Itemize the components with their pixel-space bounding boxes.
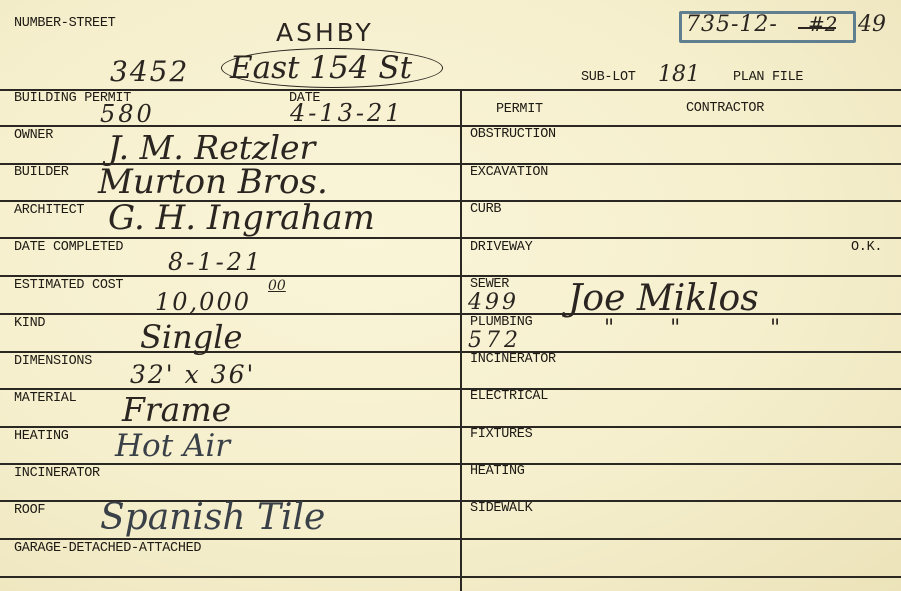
permit-obstruction: OBSTRUCTION [470, 127, 556, 143]
plumbing-contractor: " " [604, 316, 680, 341]
permit-column-header: PERMIT [496, 102, 543, 118]
building-permit-card: NUMBER-STREET ASHBY 3452 East 154 St 735… [0, 0, 901, 591]
permit-fixtures: FIXTURES [470, 427, 532, 443]
sewer-number: 499 [468, 290, 519, 315]
heating-value: Hot Air [115, 428, 230, 464]
subdivision-name: ASHBY [276, 18, 374, 47]
date-completed-label: DATE COMPLETED [14, 240, 123, 256]
column-divider [460, 89, 462, 591]
dimensions-label: DIMENSIONS [14, 354, 92, 370]
number-street-label: NUMBER-STREET [14, 16, 115, 32]
permit-curb: CURB [470, 202, 501, 218]
material-label: MATERIAL [14, 391, 76, 407]
date-value: 4-13-21 [290, 99, 404, 127]
date-completed-value: 8-1-21 [168, 248, 263, 276]
material-value: Frame [122, 390, 231, 429]
heating-label: HEATING [14, 429, 69, 445]
kind-label: KIND [14, 316, 45, 332]
permit-heating: HEATING [470, 464, 525, 480]
permit-excavation: EXCAVATION [470, 165, 548, 181]
architect-label: ARCHITECT [14, 203, 84, 219]
plumbing-number: 572 [468, 328, 522, 353]
file-number-struck: #2 [808, 12, 837, 36]
strikethrough-mark [798, 27, 836, 29]
dimensions-value: 32' x 36' [130, 360, 255, 389]
contractor-column-header: CONTRACTOR [686, 101, 764, 117]
garage-label: GARAGE-DETACHED-ATTACHED [14, 541, 201, 557]
estimated-cost-value: 10,000 [155, 288, 251, 316]
file-number-stamp: 735-12- [686, 12, 778, 37]
file-number-suffix: 49 [858, 12, 886, 37]
permit-driveway: DRIVEWAY [470, 240, 532, 256]
owner-label: OWNER [14, 128, 53, 144]
permit-electrical: ELECTRICAL [470, 389, 548, 405]
plumbing-contractor-ditto: " [770, 316, 780, 341]
estimated-cost-label: ESTIMATED COST [14, 278, 123, 294]
incinerator-label: INCINERATOR [14, 466, 100, 482]
building-permit-value: 580 [100, 100, 155, 128]
architect-value: G. H. Ingraham [108, 198, 375, 238]
permit-incinerator: INCINERATOR [470, 352, 556, 368]
builder-label: BUILDER [14, 165, 69, 181]
plan-file-label: PLAN FILE [733, 70, 803, 86]
roof-label: ROOF [14, 503, 45, 519]
driveway-note: O.K. [851, 240, 882, 256]
roof-value: Spanish Tile [100, 497, 325, 538]
estimated-cost-cents: 00 [268, 278, 286, 294]
street-name: East 154 St [230, 50, 412, 86]
kind-value: Single [140, 318, 242, 356]
permit-sidewalk: SIDEWALK [470, 501, 532, 517]
sub-lot-label: SUB-LOT [581, 70, 636, 86]
sub-lot-value: 181 [658, 62, 700, 87]
address-number: 3452 [110, 55, 189, 88]
builder-value: Murton Bros. [98, 162, 328, 202]
sewer-contractor: Joe Miklos [568, 278, 759, 319]
